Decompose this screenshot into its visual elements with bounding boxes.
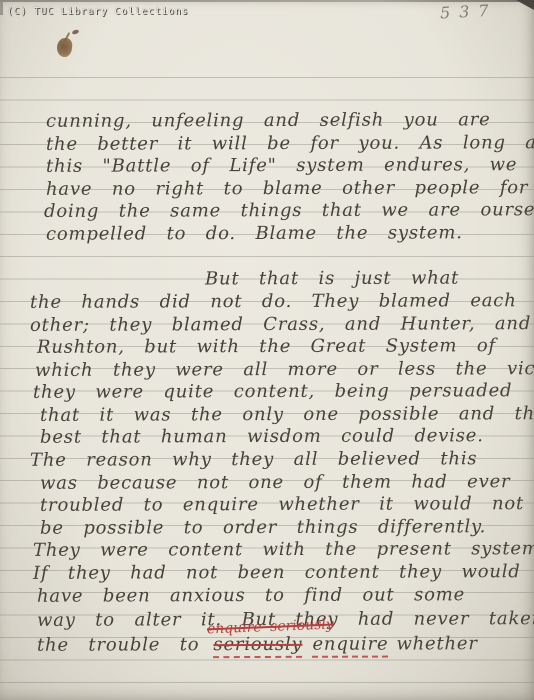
ink-blot-body — [56, 37, 73, 58]
manuscript-line: compelled to do. Blame the system. — [46, 222, 463, 244]
manuscript-line: was because not one of them had ever — [40, 471, 510, 494]
ink-blot-tail — [64, 32, 70, 42]
correction-stack: enquire seriouslyseriously — [213, 634, 302, 655]
manuscript-line: have been anxious to find out some — [37, 584, 465, 606]
manuscript-line: best that human wisdom could devise. — [40, 425, 484, 448]
manuscript-correction-line: the trouble toenquire seriouslyseriously… — [37, 633, 478, 656]
underlined-word-enquire: enquire — [312, 634, 388, 658]
manuscript-line: They were content with the present syste… — [33, 538, 534, 561]
manuscript-line: cunning, unfeeling and selfish you are — [46, 109, 491, 132]
manuscript-line: the hands did not do. They blamed each — [30, 290, 517, 313]
manuscript-line: be possible to order things differently. — [40, 516, 486, 539]
manuscript-line: have no right to blame other people for — [46, 177, 528, 200]
word-whether: whether — [396, 633, 477, 654]
manuscript-line: the better it will be for you. As long a… — [46, 132, 534, 155]
manuscript-line: they were quite content, being persuaded — [33, 380, 512, 403]
manuscript-page: (C) TUC Library Collections 537 cunning,… — [0, 0, 534, 700]
manuscript-line: Rushton, but with the Great System of — [37, 335, 496, 358]
struck-out-word: seriously — [213, 634, 302, 658]
page-number: 537 — [440, 1, 498, 23]
page-corner-shadow — [516, 0, 534, 10]
scan-left-notch — [0, 0, 3, 15]
manuscript-line: other; they blamed Crass, and Hunter, an… — [30, 313, 531, 336]
copyright-watermark: (C) TUC Library Collections — [7, 6, 188, 17]
manuscript-line: which they were all more or less the vic… — [35, 358, 534, 381]
scan-top-edge — [0, 0, 534, 2]
manuscript-line: troubled to enquire whether it would not — [40, 493, 524, 516]
correction-prefix: the trouble to — [37, 634, 199, 656]
manuscript-line: this "Battle of Life" system endures, we — [46, 154, 517, 177]
ink-blot-dot — [72, 29, 80, 35]
manuscript-line: doing the same things that we are oursel… — [44, 199, 534, 222]
manuscript-line: But that is just what — [205, 268, 459, 290]
manuscript-line: The reason why they all believed this — [30, 448, 477, 471]
manuscript-line: that it was the only one possible and th… — [40, 403, 534, 426]
manuscript-line: If they had not been content they would — [33, 561, 521, 584]
ink-blot — [56, 30, 86, 62]
